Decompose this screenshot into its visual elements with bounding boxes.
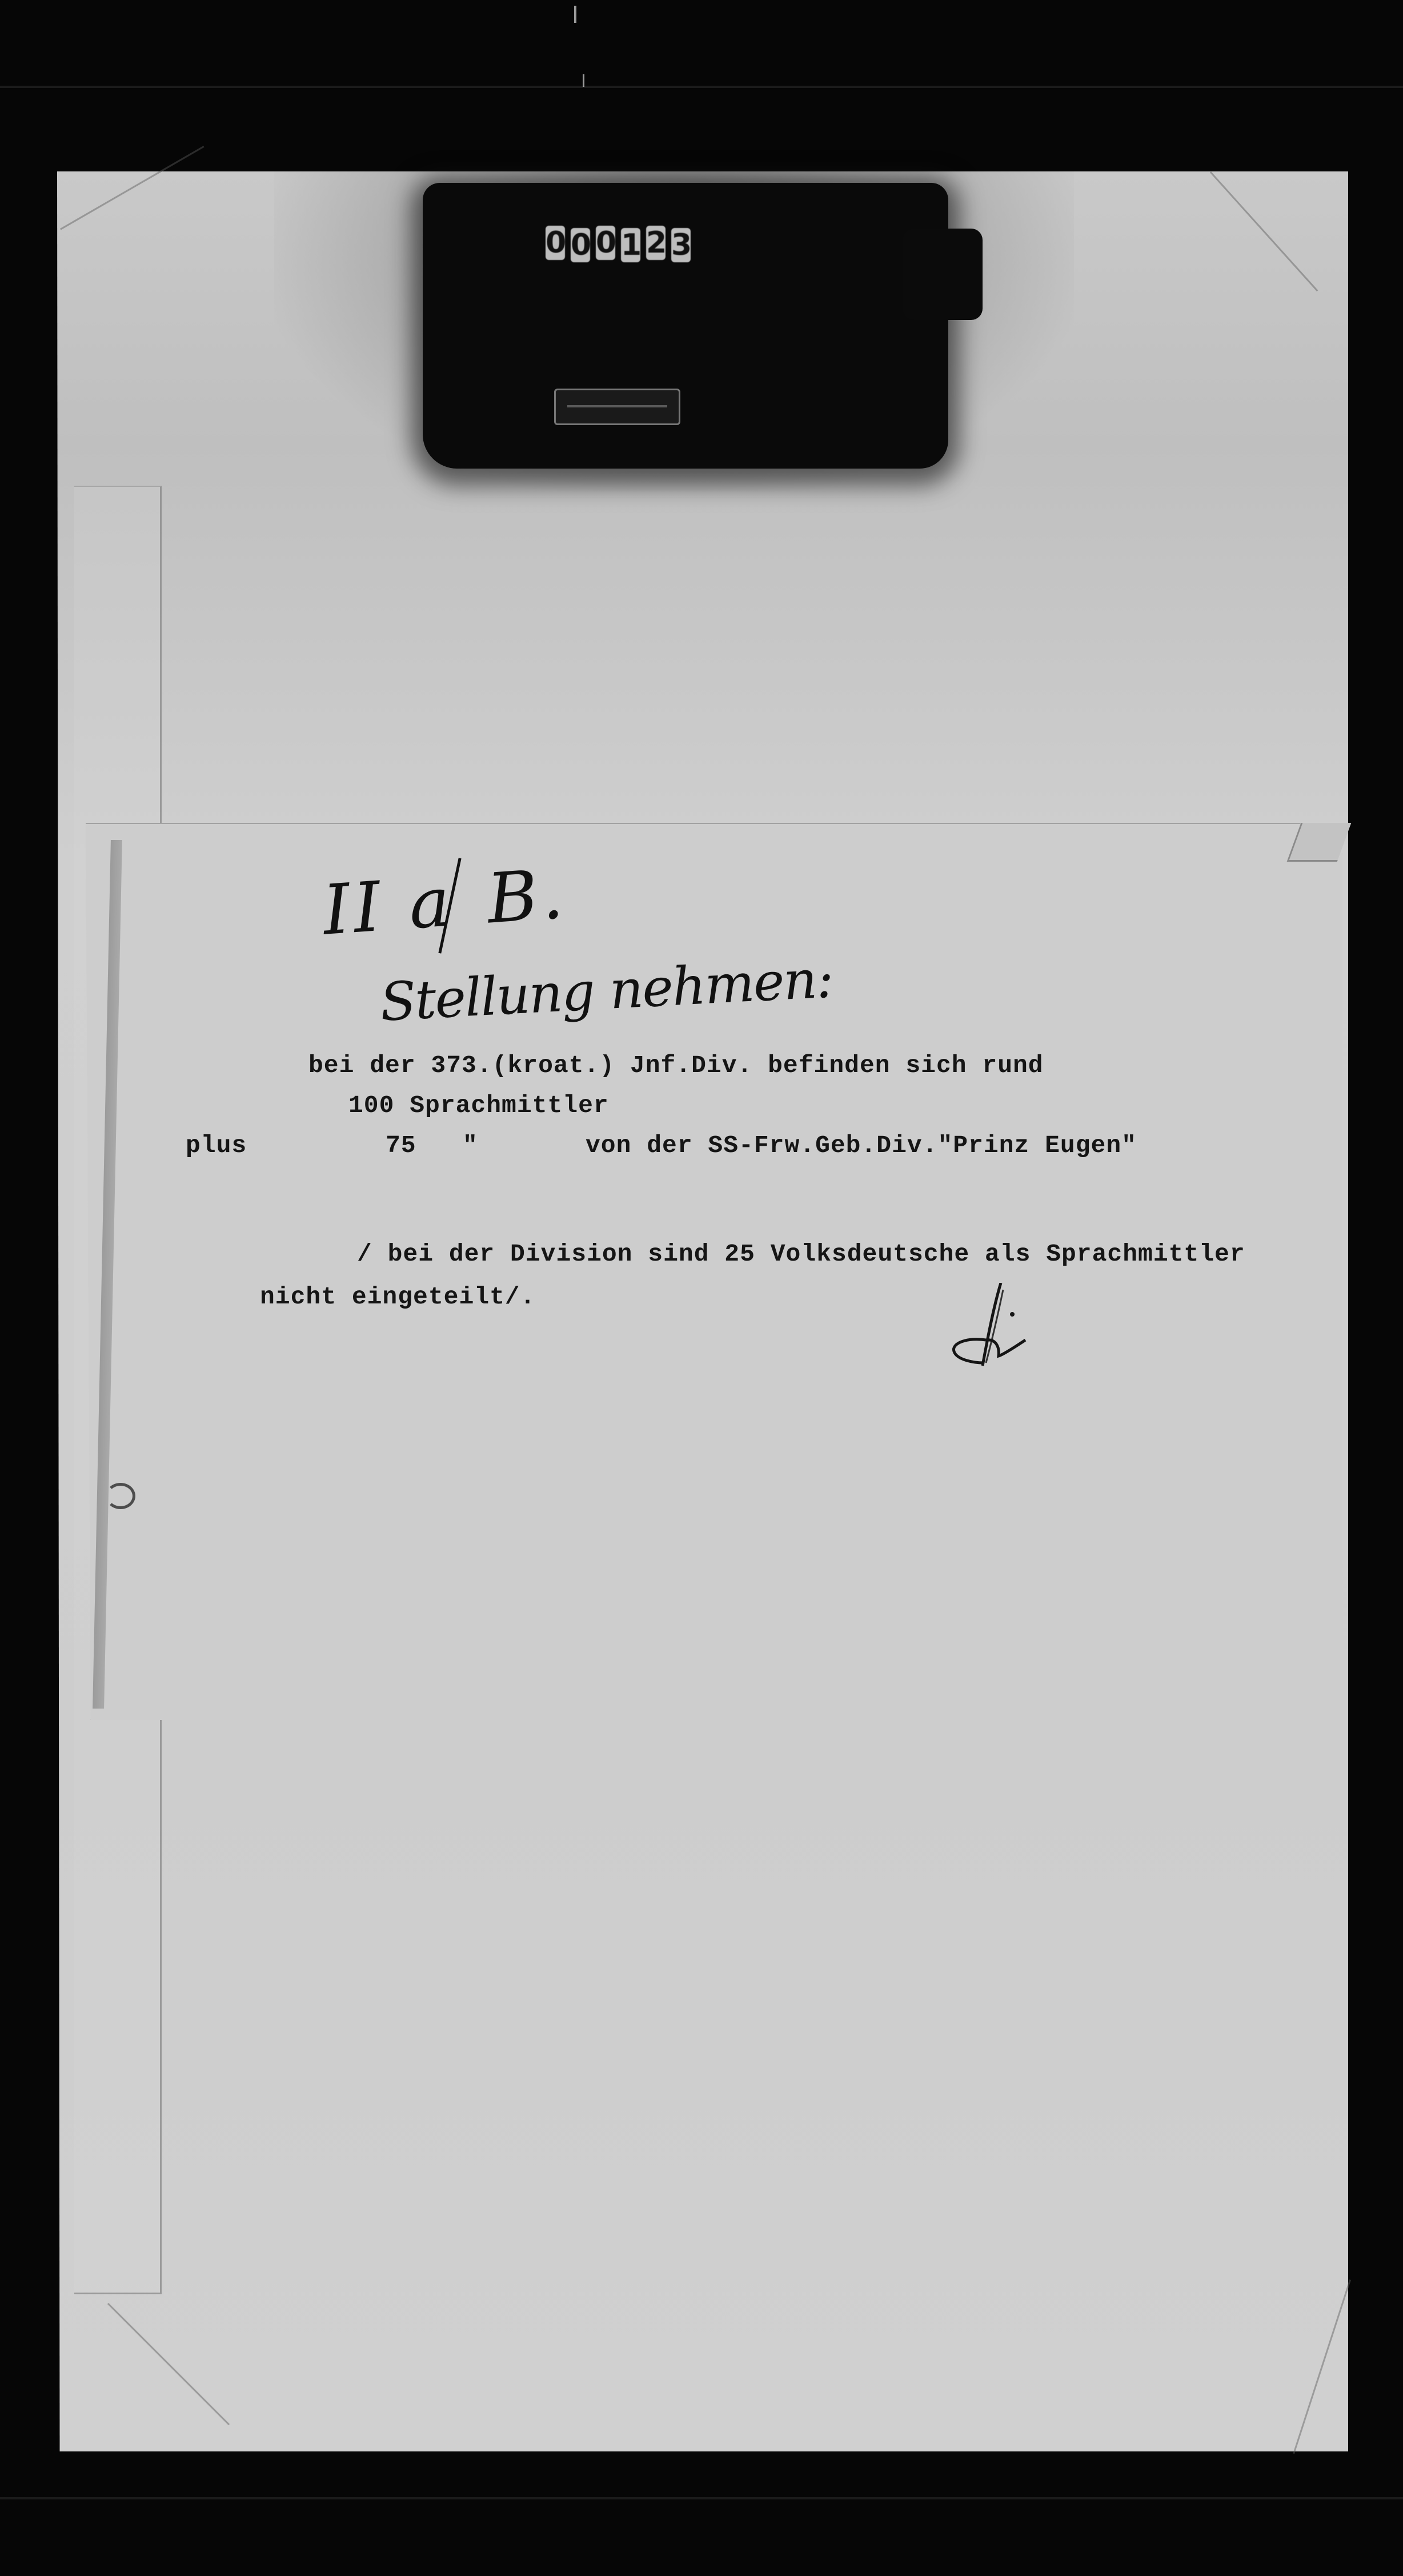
typed-plus-text: von der SS-Frw.Geb.Div."Prinz Eugen": [586, 1131, 1137, 1159]
typed-ditto-mark: ": [463, 1131, 478, 1159]
counter-digit: 0: [596, 226, 615, 260]
film-scratch-line: [0, 86, 1403, 88]
film-scratch: [583, 74, 584, 87]
film-scratch-line: [0, 2497, 1403, 2499]
typed-line-2: 100 Sprachmittler: [348, 1091, 609, 1119]
counter-digits: 0 0 0 1 2 3: [546, 226, 691, 262]
typed-plus-count: 75: [386, 1131, 416, 1159]
typed-remark-line-1: / bei der Division sind 25 Volksdeutsche…: [357, 1240, 1245, 1268]
punch-hole-icon: [106, 1483, 135, 1509]
typed-line-1: bei der 373.(kroat.) Jnf.Div. befinden s…: [308, 1051, 1044, 1079]
counter-digit: 0: [571, 228, 590, 262]
film-scratch: [574, 6, 576, 23]
handwritten-reference-sub: B.: [484, 854, 569, 939]
counter-nameplate: [554, 389, 680, 425]
counter-digit: 2: [646, 226, 666, 260]
typed-plus-prefix: plus: [186, 1131, 247, 1159]
frame-counter-device: 0 0 0 1 2 3: [400, 171, 971, 469]
handwritten-reference-main: II a: [320, 862, 456, 951]
counter-knob: [903, 229, 983, 320]
counter-digit: 0: [546, 226, 565, 260]
typed-remark-line-2: nicht eingeteilt/.: [260, 1283, 535, 1311]
counter-digit: 3: [671, 228, 691, 262]
handwritten-initials-signature: [948, 1283, 1040, 1369]
counter-digit: 1: [621, 228, 640, 262]
